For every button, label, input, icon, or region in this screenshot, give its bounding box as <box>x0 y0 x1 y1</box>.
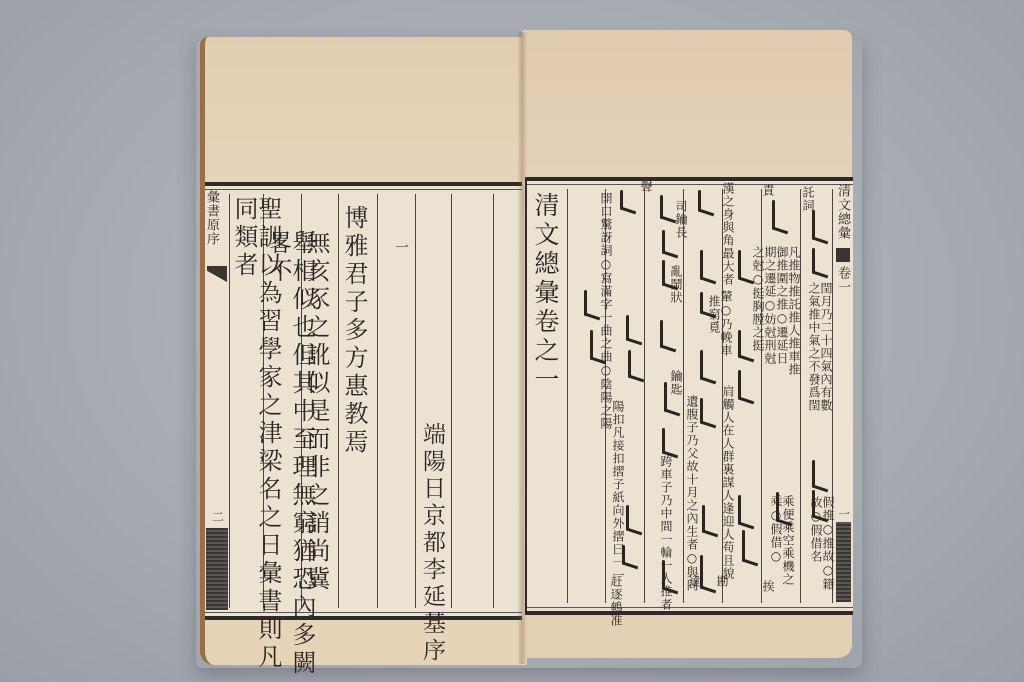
manchu-word <box>584 290 587 316</box>
column-rule <box>415 194 416 608</box>
manchu-word <box>700 292 703 314</box>
manchu-word <box>662 428 665 454</box>
gloss-entry-4: 乘便乘空乘機之乘○假借○ <box>770 495 794 595</box>
gloss-entry-12: 達 <box>688 575 700 588</box>
manchu-word <box>620 190 623 210</box>
gloss-entry-1: 閏月乃二十四氣內有數之氣推中氣之不發爲閏 <box>808 282 832 422</box>
gloss-entry-6: 肩觸人在人群裏謀人逢迎人苟且貌 <box>722 385 734 580</box>
manchu-word <box>772 200 775 230</box>
right-margin-volume: 卷一 <box>836 266 849 294</box>
manchu-word <box>742 530 745 562</box>
column-rule <box>377 194 378 608</box>
manchu-word <box>738 495 741 525</box>
manchu-word <box>626 505 629 531</box>
left-text-column-4: 博雅君子多方惠教焉 <box>342 205 366 457</box>
manchu-word <box>662 260 665 286</box>
manchu-word <box>700 398 703 424</box>
left-text-mark: 一 <box>394 240 408 256</box>
gloss-entry-11b: 跨車子乃中間一輪一人推者 <box>660 455 672 611</box>
book-photo-scene: 彙書原序 二 聖訓以為習學家之津梁名之日彙書則凡同類者 舉相似也但其中至理無窮猶… <box>0 0 1024 682</box>
gloss-entry-15: 開口驚訝詞○寫滿字一曲之曲○陰陽之陽 <box>600 192 612 430</box>
manchu-word <box>628 350 631 378</box>
gloss-entry-5: 輦○乃輓車 <box>720 290 732 357</box>
manchu-word <box>738 250 741 280</box>
right-margin-folio: 一 <box>838 505 851 522</box>
left-text-column-3: 無亥豕之訛似是而非之誚尚冀 <box>304 230 328 594</box>
right-margin-title: 清文總彙 <box>836 184 849 240</box>
manchu-word <box>662 230 665 254</box>
column-rule <box>338 194 339 608</box>
gloss-head-5: 漢之身與角最大者 <box>722 182 734 286</box>
gloss-head-1: 託詞 <box>802 186 814 212</box>
left-text-signature: 端陽日京都李延基序 <box>420 422 443 665</box>
column-rule <box>567 189 568 603</box>
column-rule <box>644 189 645 603</box>
manchu-word <box>812 210 815 240</box>
manchu-word <box>738 330 741 358</box>
left-margin-folio: 二 <box>212 508 225 525</box>
left-margin-black-block <box>206 528 228 610</box>
gloss-entry-17: 赶逐鵪准 <box>610 575 622 627</box>
left-margin-title: 彙書原序 <box>205 190 218 246</box>
column-rule <box>683 189 684 603</box>
manchu-word <box>702 505 705 533</box>
column-rule <box>451 194 452 608</box>
gloss-entry-13: 亂鬧狀 <box>670 265 682 304</box>
right-margin-black-block <box>836 522 851 602</box>
gloss-entry-2: 假推○推故○籍故○假借名 <box>810 496 834 596</box>
manchu-word <box>660 195 663 219</box>
gloss-head-8: 司鑰長 <box>675 200 687 239</box>
gloss-entry-14: 鑰匙 <box>670 370 682 396</box>
manchu-word <box>812 460 815 488</box>
volume-title: 清文總彙卷之一 <box>533 192 558 395</box>
fish-tail-mark <box>836 248 850 262</box>
manchu-word <box>738 370 741 400</box>
gloss-entry-3: 凡推物推託推人推車推御推圍之推○遷延日期之遷延○妨尅刑尅之尅○挺胸膛之挺 <box>752 246 800 376</box>
manchu-word <box>626 315 629 341</box>
column-rule <box>493 194 494 608</box>
manchu-word <box>812 248 815 274</box>
gloss-head-13: 聲 <box>640 180 652 193</box>
manchu-word <box>660 320 663 348</box>
manchu-word <box>590 330 593 360</box>
manchu-word <box>664 382 667 412</box>
gloss-head-3: 責 <box>762 184 774 197</box>
gloss-entry-9: 遺腹子乃父故十月之內生者○與同 <box>686 395 698 592</box>
manchu-word <box>700 250 703 280</box>
gloss-entry-16: 陽扣凡接扣摺子紙向外摺曰一一 <box>612 400 624 582</box>
manchu-word <box>700 350 703 380</box>
manchu-word <box>698 190 701 212</box>
